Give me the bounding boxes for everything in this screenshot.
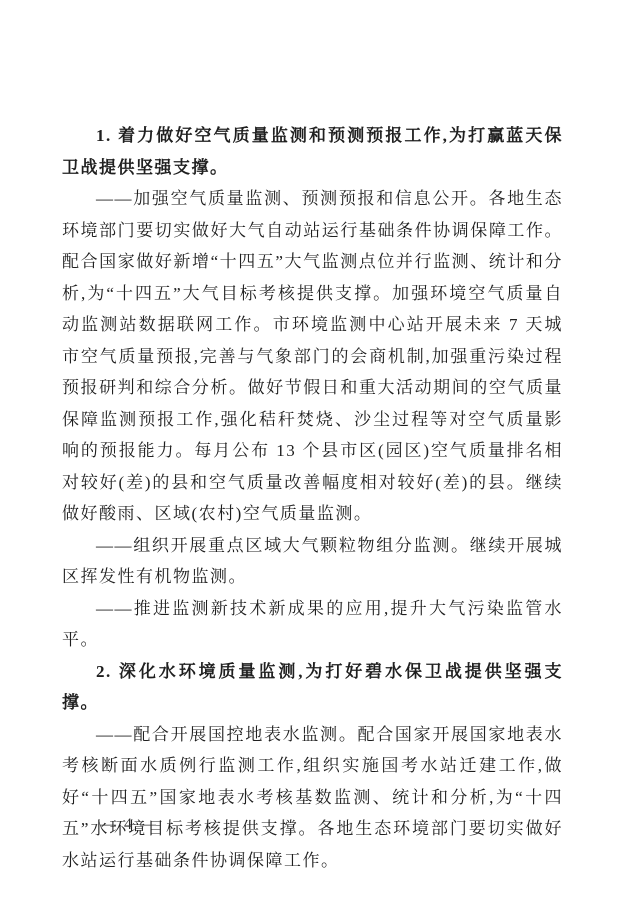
section-2-heading: 2. 深化水环境质量监测,为打好碧水保卫战提供坚强支撑。: [62, 656, 563, 719]
document-page: 1. 着力做好空气质量监测和预测预报工作,为打赢蓝天保卫战提供坚强支撑。 ——加…: [0, 0, 640, 906]
paragraph-particulate-component-monitoring: ——组织开展重点区域大气颗粒物组分监测。继续开展城区挥发性有机物监测。: [62, 530, 563, 593]
paragraph-air-quality-monitoring: ——加强空气质量监测、预测预报和信息公开。各地生态环境部门要切实做好大气自动站运…: [62, 183, 563, 530]
paragraph-new-monitoring-technology: ——推进监测新技术新成果的应用,提升大气污染监管水平。: [62, 593, 563, 656]
page-number: — 4 —: [100, 816, 158, 834]
paragraph-surface-water-monitoring: ——配合开展国控地表水监测。配合国家开展国家地表水考核断面水质例行监测工作,组织…: [62, 719, 563, 877]
section-1-heading: 1. 着力做好空气质量监测和预测预报工作,为打赢蓝天保卫战提供坚强支撑。: [62, 120, 563, 183]
